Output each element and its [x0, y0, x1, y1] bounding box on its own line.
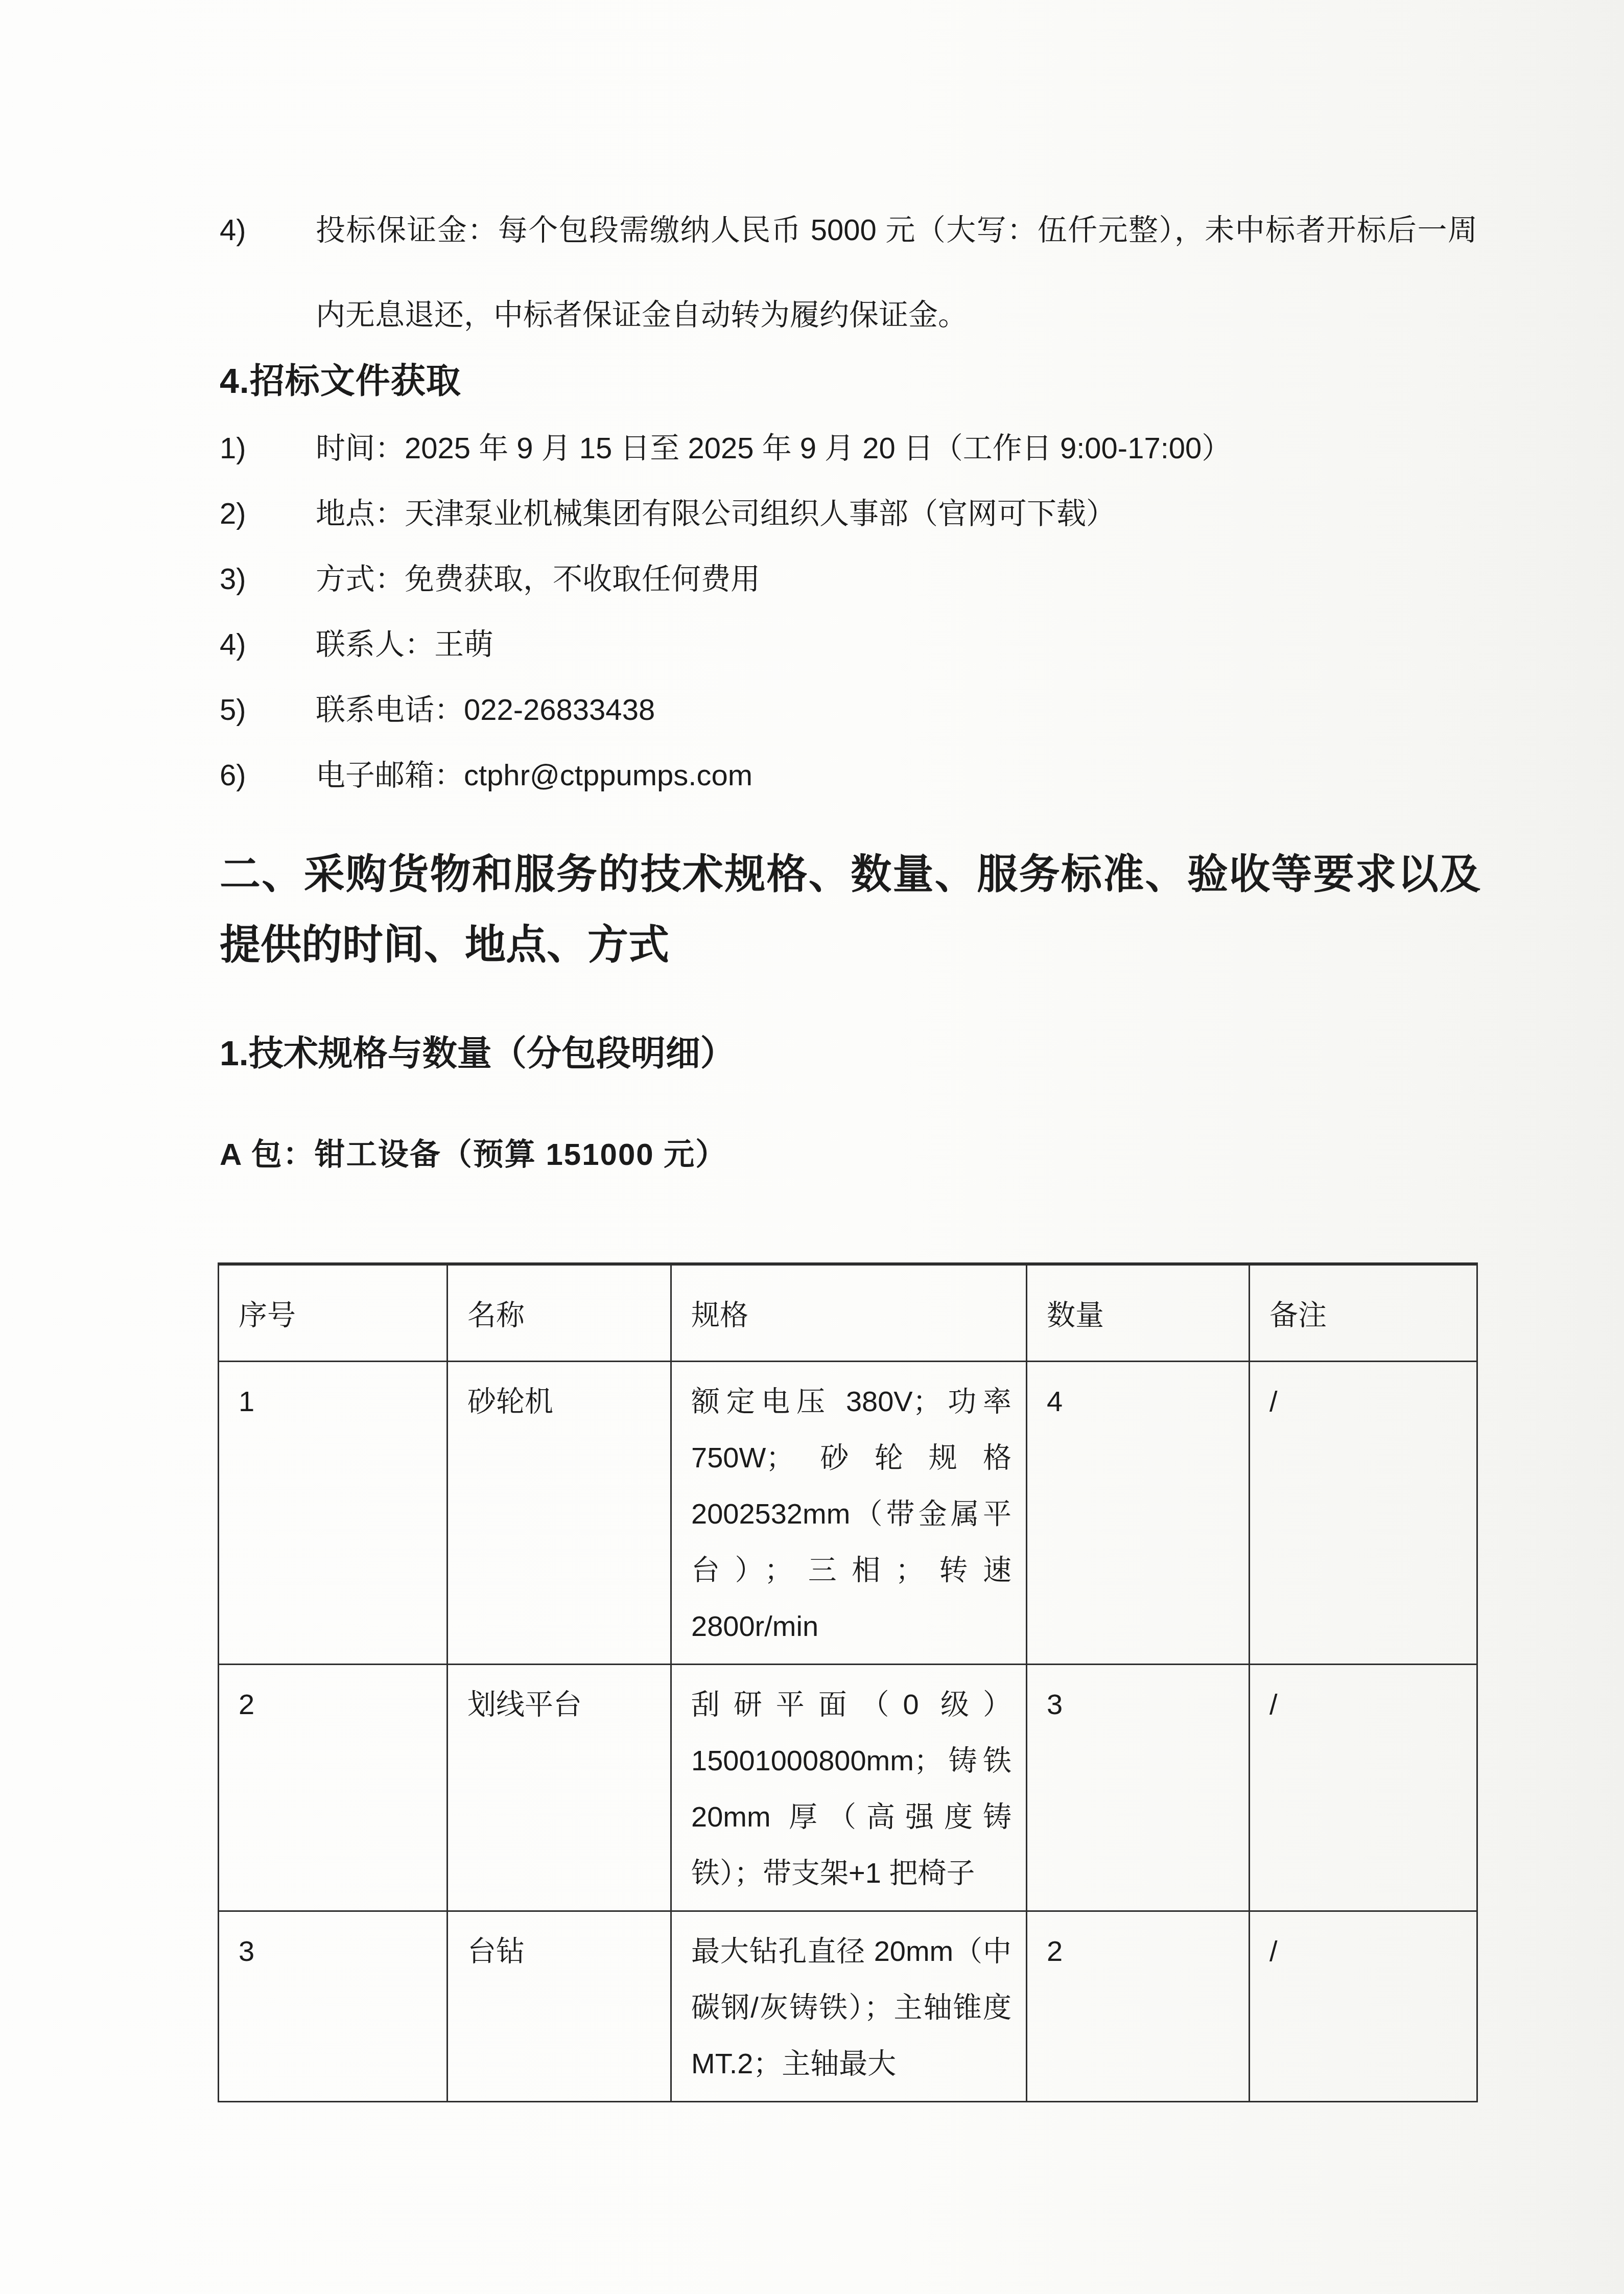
list-item-number: 4)	[220, 626, 316, 663]
header-cell-qty: 数量	[1027, 1264, 1250, 1361]
deposit-item-number: 4)	[220, 188, 316, 273]
cell-no: 1	[219, 1361, 448, 1664]
list-item-text: 联系人：王萌	[316, 626, 1477, 663]
cell-no: 2	[219, 1664, 448, 1911]
cell-spec: 额定电压 380V；功率 750W；砂轮规格 2002532mm（带金属平台）；…	[671, 1361, 1027, 1664]
cell-name: 砂轮机	[448, 1361, 671, 1664]
cell-note: /	[1250, 1361, 1477, 1664]
cell-qty: 2	[1027, 1911, 1250, 2101]
cell-name: 划线平台	[448, 1664, 671, 1911]
spec-heading: 1.技术规格与数量（分包段明细）	[220, 1026, 735, 1075]
package-a-heading: A 包：钳工设备（预算 151000 元）	[220, 1130, 727, 1174]
list-item: 4) 联系人：王萌	[220, 626, 1477, 663]
cell-qty: 4	[1027, 1361, 1250, 1664]
list-item: 3) 方式：免费获取，不收取任何费用	[220, 561, 1477, 598]
list-item-text: 联系电话：022-26833438	[316, 692, 1477, 729]
list-item: 1) 时间：2025 年 9 月 15 日至 2025 年 9 月 20 日（工…	[220, 430, 1477, 467]
list-item-number: 3)	[220, 561, 316, 598]
procure-section-title: 二、采购货物和服务的技术规格、数量、服务标准、验收等要求以及提供的时间、地点、方…	[220, 839, 1480, 980]
table-header-row: 序号 名称 规格 数量 备注	[219, 1264, 1477, 1361]
list-item-text: 方式：免费获取，不收取任何费用	[316, 561, 1477, 598]
header-cell-note: 备注	[1250, 1264, 1477, 1361]
list-item: 6) 电子邮箱：ctphr@ctppumps.com	[220, 757, 1477, 794]
cell-name: 台钻	[448, 1911, 671, 2101]
cell-qty: 3	[1027, 1664, 1250, 1911]
list-item-number: 2)	[220, 496, 316, 532]
list-item-number: 6)	[220, 757, 316, 794]
list-item-text: 地点：天津泵业机械集团有限公司组织人事部（官网可下载）	[316, 496, 1477, 532]
spec-table: 序号 名称 规格 数量 备注 1 砂轮机 额定电压 380V；功率 750W；砂…	[218, 1262, 1478, 2102]
cell-no: 3	[219, 1911, 448, 2101]
deposit-item: 4) 投标保证金：每个包段需缴纳人民币 5000 元（大写：伍仟元整），未中标者…	[220, 188, 1477, 358]
table-row: 3 台钻 最大钻孔直径 20mm（中碳钢/灰铸铁）；主轴锥度 MT.2；主轴最大…	[219, 1911, 1477, 2101]
deposit-item-text: 投标保证金：每个包段需缴纳人民币 5000 元（大写：伍仟元整），未中标者开标后…	[316, 188, 1477, 358]
doc-section-list: 1) 时间：2025 年 9 月 15 日至 2025 年 9 月 20 日（工…	[220, 430, 1477, 823]
header-cell-spec: 规格	[671, 1264, 1027, 1361]
list-item-number: 1)	[220, 430, 316, 467]
cell-note: /	[1250, 1664, 1477, 1911]
list-item-text: 时间：2025 年 9 月 15 日至 2025 年 9 月 20 日（工作日 …	[316, 430, 1477, 467]
list-item: 2) 地点：天津泵业机械集团有限公司组织人事部（官网可下载）	[220, 496, 1477, 532]
header-cell-no: 序号	[219, 1264, 448, 1361]
doc-section-title: 4.招标文件获取	[220, 354, 461, 403]
list-item: 5) 联系电话：022-26833438	[220, 692, 1477, 729]
cell-spec: 刮研平面（0 级）15001000800mm；铸铁 20mm 厚（高强度铸铁）；…	[671, 1664, 1027, 1911]
header-cell-name: 名称	[448, 1264, 671, 1361]
list-item-number: 5)	[220, 692, 316, 729]
cell-note: /	[1250, 1911, 1477, 2101]
document-page: 4) 投标保证金：每个包段需缴纳人民币 5000 元（大写：伍仟元整），未中标者…	[0, 0, 1624, 2294]
list-item-text: 电子邮箱：ctphr@ctppumps.com	[316, 757, 1477, 794]
table-row: 2 划线平台 刮研平面（0 级）15001000800mm；铸铁 20mm 厚（…	[219, 1664, 1477, 1911]
table-row: 1 砂轮机 额定电压 380V；功率 750W；砂轮规格 2002532mm（带…	[219, 1361, 1477, 1664]
cell-spec: 最大钻孔直径 20mm（中碳钢/灰铸铁）；主轴锥度 MT.2；主轴最大	[671, 1911, 1027, 2101]
